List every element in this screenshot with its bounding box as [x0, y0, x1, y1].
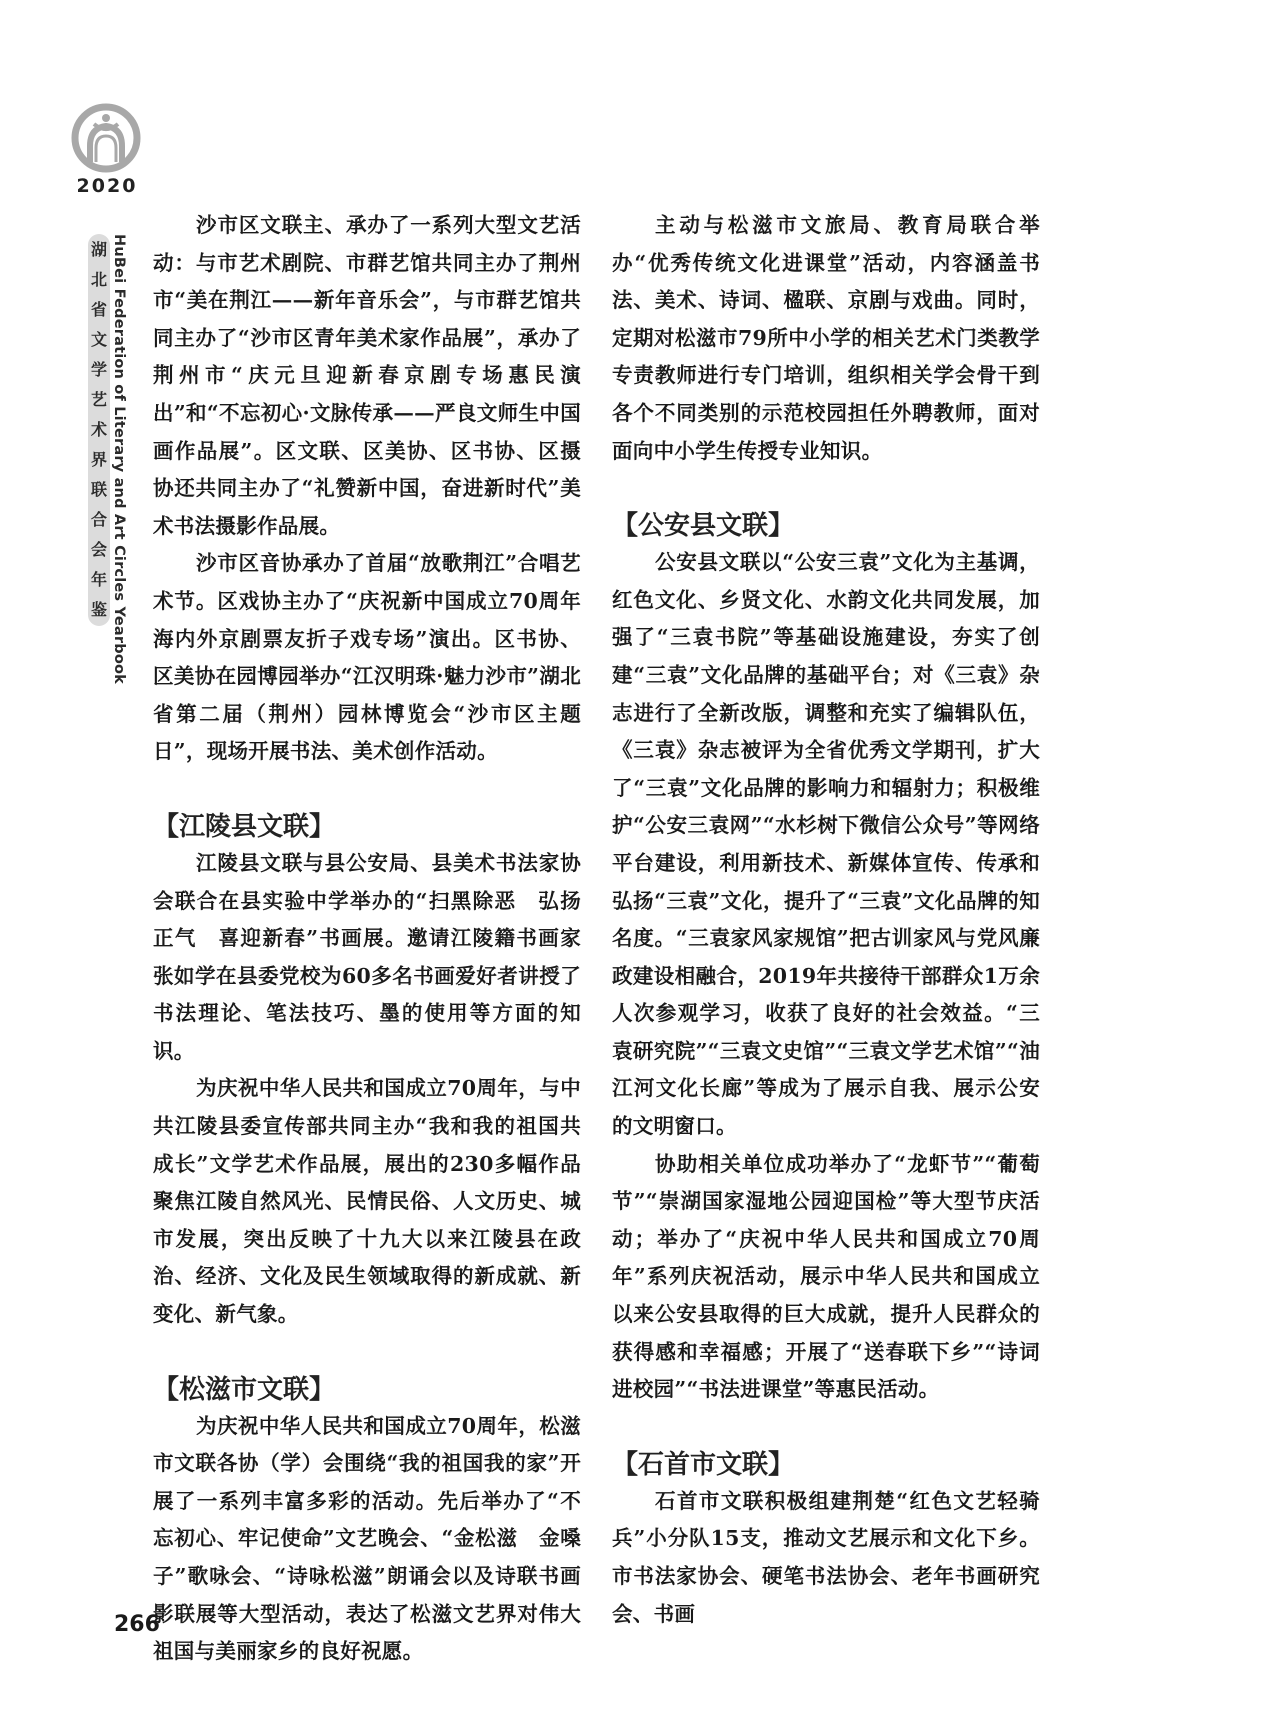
- section-heading-shishou: 【石首市文联】: [612, 1447, 1040, 1483]
- title-char: 湖: [91, 242, 107, 258]
- title-char: 年: [91, 572, 107, 588]
- title-char: 术: [91, 422, 107, 438]
- paragraph-jiangling-1: 江陵县文联与县公安局、县美术书法家协会联合在县实验中学举办的“扫黑除恶 弘扬正气…: [153, 845, 581, 1071]
- title-char: 界: [91, 452, 107, 468]
- vertical-english-title: HuBei Federation of Literary and Art Cir…: [111, 234, 127, 684]
- page-number: 266: [114, 1612, 160, 1637]
- left-column: 沙市区文联主、承办了一系列大型文艺活动：与市艺术剧院、市群艺馆共同主办了荆州市“…: [153, 207, 581, 1671]
- section-heading-gongan: 【公安县文联】: [612, 508, 1040, 544]
- title-char: 会: [91, 542, 107, 558]
- title-char: 合: [91, 512, 107, 528]
- paragraph-jiangling-2: 为庆祝中华人民共和国成立70周年，与中共江陵县委宣传部共同主办“我和我的祖国共成…: [153, 1070, 581, 1333]
- paragraph-shashi-1: 沙市区文联主、承办了一系列大型文艺活动：与市艺术剧院、市群艺馆共同主办了荆州市“…: [153, 207, 581, 545]
- paragraph-songzi-1: 为庆祝中华人民共和国成立70周年，松滋市文联各协（学）会围绕“我的祖国我的家”开…: [153, 1408, 581, 1671]
- title-char: 学: [91, 362, 107, 378]
- title-char: 联: [91, 482, 107, 498]
- yearbook-year: 2020: [70, 175, 144, 197]
- section-heading-songzi: 【松滋市文联】: [153, 1372, 581, 1408]
- section-heading-jiangling: 【江陵县文联】: [153, 809, 581, 845]
- vertical-chinese-title: 湖 北 省 文 学 艺 术 界 联 合 会 年 鉴: [88, 234, 110, 626]
- paragraph-gongan-1: 公安县文联以“公安三袁”文化为主基调，红色文化、乡贤文化、水韵文化共同发展，加强…: [612, 544, 1040, 1146]
- yearbook-emblem-icon: [70, 102, 142, 174]
- right-column: 主动与松滋市文旅局、教育局联合举办“优秀传统文化进课堂”活动，内容涵盖书法、美术…: [612, 207, 1040, 1633]
- paragraph-songzi-2: 主动与松滋市文旅局、教育局联合举办“优秀传统文化进课堂”活动，内容涵盖书法、美术…: [612, 207, 1040, 470]
- title-char: 鉴: [91, 602, 107, 618]
- title-char: 省: [91, 302, 107, 318]
- title-char: 北: [91, 272, 107, 288]
- paragraph-shashi-2: 沙市区音协承办了首届“放歌荆江”合唱艺术节。区戏协主办了“庆祝新中国成立70周年…: [153, 545, 581, 771]
- paragraph-shishou-1: 石首市文联积极组建荆楚“红色文艺轻骑兵”小分队15支，推动文艺展示和文化下乡。市…: [612, 1483, 1040, 1633]
- paragraph-gongan-2: 协助相关单位成功举办了“龙虾节”“葡萄节”“崇湖国家湿地公园迎国检”等大型节庆活…: [612, 1146, 1040, 1409]
- title-char: 艺: [91, 392, 107, 408]
- title-char: 文: [91, 332, 107, 348]
